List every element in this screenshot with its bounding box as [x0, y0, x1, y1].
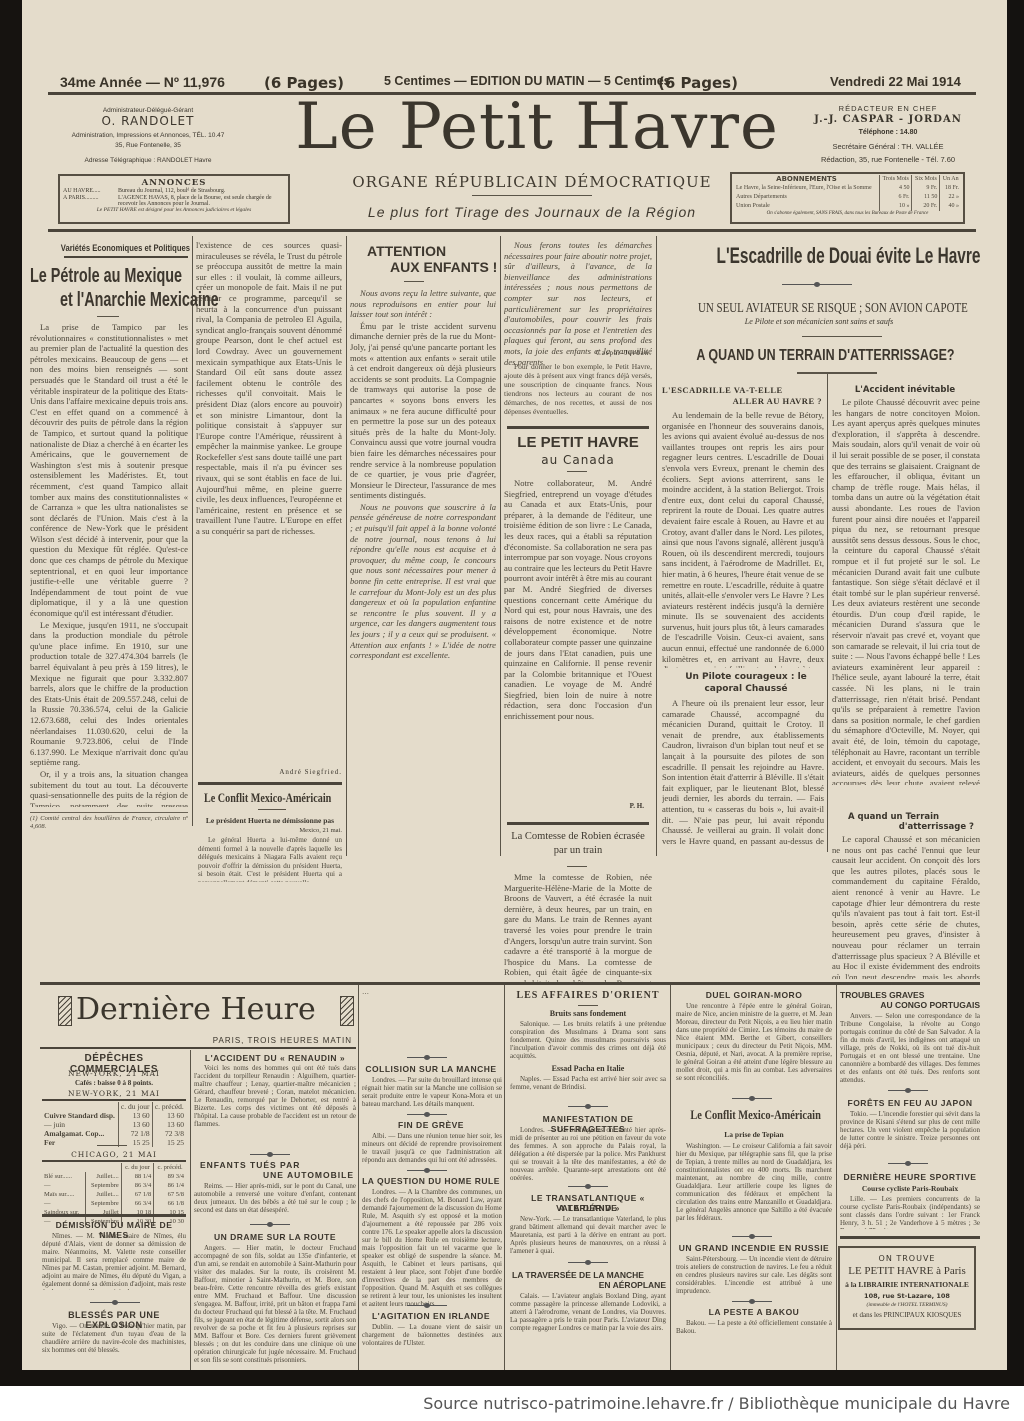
value: 67 1/8: [121, 1190, 153, 1199]
ornament-divider: [407, 1057, 447, 1058]
escadrille-sub-4a: A quand un Terrain: [848, 812, 939, 822]
value: 66 3/4: [121, 1199, 153, 1208]
orient-body-2: Naples. — Essad Pacha est arrivé hier so…: [510, 1075, 666, 1093]
admin-name: O. RANDOLET: [58, 114, 238, 128]
escadrille-body-2: A l'heure où ils prenaient leur essor, l…: [662, 698, 824, 848]
ny-table: c. du jourc. précéd. Cuivre Standard dis…: [42, 1102, 186, 1147]
title-rule: [258, 809, 286, 810]
value: 72 1/8: [118, 1129, 152, 1138]
escadrille-body-3: Le pilote Chaussé découvrit avec peine l…: [832, 397, 980, 785]
issue-number: 34me Année — Nº 11,976: [60, 74, 225, 90]
price-edition: 5 Centimes — EDITION DU MATIN — 5 Centim…: [384, 74, 671, 88]
paragraph: Le caporal Chaussé et son mécanicien ne …: [832, 834, 980, 979]
conflit-2-body: Washington. — Le croiseur California a f…: [676, 1142, 832, 1228]
abonnement-row: Autres Départements 6 Fr. 11 50 22 »: [734, 193, 961, 202]
irlande-body: Dublin. — La douane vient de saisir un c…: [362, 1323, 502, 1351]
table-rule: [42, 1160, 186, 1162]
advert-line-1: ON TROUVE: [840, 1254, 974, 1263]
ornament-divider: [407, 1114, 447, 1115]
col-header: c. précéd.: [154, 1163, 186, 1172]
redaction-address: Rédaction, 35, rue Fontenelle - Tél. 7.6…: [798, 155, 978, 165]
price: 6 Fr.: [879, 193, 912, 202]
annonces-box: ANNONCES AU HAVRE..... Bureau du Journal…: [58, 174, 290, 224]
paragraph: Nîmes. — M. Valette, maire de Nîmes, élu…: [42, 1232, 186, 1290]
redaction-phone: Téléphone : 14.80: [808, 128, 968, 138]
newspaper-subtitle: ORGANE RÉPUBLICAIN DÉMOCRATIQUE: [342, 173, 722, 191]
paragraph: Vigo. — On mande de Pola qu'hier matin, …: [42, 1322, 186, 1354]
value: 89 3/4: [154, 1172, 186, 1181]
greve-title: FIN DE GRÈVE: [360, 1120, 502, 1130]
table-row: —Septembre66 3/466 1/8: [42, 1199, 186, 1208]
collision-title: COLLISION SUR LA MANCHE: [360, 1064, 502, 1074]
title-rule: [578, 1005, 598, 1006]
paragraph: Saint-Pétersbourg. — Un incendie vient d…: [676, 1255, 832, 1295]
price: 18 Fr.: [940, 184, 961, 193]
redaction-name: J.-J. CASPAR - JORDAN: [798, 114, 978, 125]
column-divider: [358, 985, 359, 1370]
value: 72 3/8: [152, 1129, 186, 1138]
congo-body: Anvers. — Selon une correspondance de la…: [840, 1012, 980, 1084]
enfants-title-2: UNE AUTOMOBILE: [194, 1170, 354, 1180]
ornament-divider: [90, 1302, 140, 1303]
title-rule: [97, 316, 119, 317]
paragraph: Notre collaborateur, M. André Siegfried,…: [504, 478, 652, 722]
escadrille-title: L'Escadrille de Douai évite Le Havre: [717, 243, 981, 269]
home-rule-title: LA QUESTION DU HOME RULE: [360, 1176, 502, 1186]
paragraph: Mme la comtesse de Robien, née Marguerit…: [504, 872, 652, 982]
paragraph: Londres. — Les suffragettes ont tenté hi…: [510, 1126, 666, 1180]
drame-body: Angers. — Hier matin, le docteur Fruchau…: [194, 1244, 356, 1366]
title-rule: [404, 281, 424, 282]
dernier-heure-rule: [40, 982, 980, 985]
column-divider: [192, 236, 193, 826]
paragraph: Au lendemain de la belle revue de Bétory…: [662, 410, 824, 668]
conflit-2-title-wrap: Le Conflit Mexico-Américain: [674, 1104, 834, 1123]
section-rule: [40, 1047, 356, 1049]
column-divider: [836, 985, 837, 1370]
row-label: Le Havre, la Seine-Inférieure, l'Eure, l…: [734, 184, 879, 193]
escadrille-sub-2: Un Pilote courageux : le caporal Chaussé: [666, 671, 826, 695]
traversee-title-1: LA TRAVERSÉE DE LA MANCHE: [512, 1270, 644, 1280]
paragraph: Angers. — Hier matin, le docteur Fruchau…: [194, 1244, 356, 1364]
admin-line2: 35, Rue Fontenelle, 35: [58, 141, 238, 151]
attention-italic-cont: Nous ferons toutes les démarches nécessa…: [504, 240, 652, 366]
value: 88 1/4: [121, 1172, 153, 1181]
paragraph: A l'heure où ils prenaient leur essor, l…: [662, 698, 824, 848]
column-divider: [190, 1050, 191, 1370]
section-rule: [840, 1236, 980, 1239]
ornament-divider: [407, 1170, 447, 1171]
peste-body: Bakou. — La peste a été officiellement c…: [676, 1319, 832, 1337]
paragraph: l'existence de ces sources quasi-miracul…: [196, 240, 342, 537]
paragraph: Pour donner le bon exemple, le Petit Hav…: [504, 362, 652, 416]
japon-body: Tokio. — L'incendie forestier qui sévit …: [840, 1110, 980, 1158]
title-rule: [567, 866, 587, 867]
table-row: Blé sur......Juillet....88 1/489 3/4: [42, 1172, 186, 1181]
price: 20 Fr.: [912, 202, 940, 211]
masthead-bottom-rule: [48, 229, 976, 232]
admin-line1: Administration, Impressions et Annonces,…: [58, 131, 238, 141]
paragraph: Ému par le triste accident survenu diman…: [350, 321, 496, 501]
escadrille-sub-1b: ALLER AU HAVRE ?: [722, 396, 822, 406]
petrole-title-1: Le Pétrole au Mexique: [30, 265, 182, 288]
escadrille-body-1: Au lendemain de la belle revue de Bétory…: [662, 410, 824, 668]
row-label: — juin: [42, 1120, 118, 1129]
advert-box: ON TROUVE LE PETIT HAVRE à Paris à la LI…: [838, 1246, 976, 1330]
ornament-divider: [732, 1236, 772, 1237]
ornament-divider: [782, 284, 852, 285]
col-header: c. du jour: [121, 1163, 153, 1172]
ornament-divider: [250, 1224, 290, 1225]
petrole-body: La prise de Tampico par les révolutionna…: [30, 322, 188, 807]
annonces-havre-text: Bureau du Journal, 112, boulᵈ de Strasbo…: [118, 188, 285, 195]
ny-header-1: NEW-YORK, 21 MAI: [40, 1069, 188, 1078]
col-header: c. précéd.: [152, 1102, 186, 1111]
petrole-signature: André Siegfried.: [196, 768, 342, 776]
paragraph: Dublin. — La douane vient de saisir un c…: [362, 1323, 502, 1347]
paragraph: La prise de Tampico par les révolutionna…: [30, 322, 188, 619]
advert-line-6: et dans les PRINCIPAUX KIOSQUES: [840, 1311, 974, 1319]
paragraph: New-York. — Le transatlantique Vaterland…: [510, 1215, 666, 1255]
vaterland-body: New-York. — Le transatlantique Vaterland…: [510, 1215, 666, 1255]
derniere-heure-subtitle: PARIS, TROIS HEURES MATIN: [142, 1036, 352, 1045]
annonces-title: ANNONCES: [60, 178, 288, 188]
abonnements-box: ABONNEMENTS Trois Mois Six Mois Un An Le…: [730, 172, 965, 224]
paragraph: Anvers. — Selon une correspondance de la…: [840, 1012, 980, 1084]
row-label: Cuivre Standard disp.: [42, 1111, 118, 1120]
deck-rule: [797, 372, 877, 374]
paragraph: …: [362, 988, 502, 996]
value: 13 60: [118, 1111, 152, 1120]
section-rule: [507, 426, 649, 429]
vaterland-title-2: A LA DÉRIVE: [508, 1203, 668, 1213]
escadrille-deck-sub: Le Pilote et son mécanicien sont sains e…: [660, 317, 978, 326]
paragraph: Nous ne pouvons que souscrire à la pensé…: [350, 502, 496, 661]
chicago-header: CHICAGO, 21 MAI: [40, 1150, 188, 1159]
petrole-title-2: et l'Anarchie Mexicaine: [60, 289, 219, 312]
orient-body-1: Salonique. — Les bruits relatifs à une p…: [510, 1020, 666, 1064]
newspaper-tagline: Le plus fort Tirage des Journaux de la R…: [322, 204, 742, 220]
kicker-rule: [64, 256, 188, 258]
row-label: Maïs sur.....: [42, 1190, 86, 1199]
price: 9 Fr.: [912, 184, 940, 193]
subtitle-rule: [472, 195, 592, 196]
value: 13 60: [152, 1111, 186, 1120]
paragraph: Le Mexique, jusqu'en 1911, ne s'occupait…: [30, 620, 188, 768]
table-row: — juin13 6013 60: [42, 1120, 186, 1129]
bell-icon: [340, 996, 354, 1026]
paragraph: Or, il y a trois ans, la situation chang…: [30, 769, 188, 807]
abonnement-row: Union Postale 10 » 20 Fr. 40 »: [734, 202, 961, 211]
row-label: —: [42, 1199, 86, 1208]
escadrille-deck-2: A QUAND UN TERRAIN D'ATTERRISSAGE?: [696, 347, 954, 365]
abonnement-row: Le Havre, la Seine-Inférieure, l'Eure, l…: [734, 184, 961, 193]
value: 13 60: [118, 1120, 152, 1129]
price: 4 50: [879, 184, 912, 193]
row-label: —: [42, 1181, 86, 1190]
cafes-line: Cafés : baisse 0 à 8 points.: [40, 1079, 188, 1087]
conflit-1-subtitle: Le président Huerta ne démissionne pas: [198, 816, 342, 825]
price: 11 50: [912, 193, 940, 202]
ornament-divider: [568, 1106, 608, 1107]
col-header: Six Mois: [912, 175, 940, 184]
renaudin-body: Voici les noms des hommes qui ont été tu…: [194, 1064, 356, 1152]
row-label: Autres Départements: [734, 193, 879, 202]
column-divider: [656, 236, 657, 856]
paragraph: Nous ferons toutes les démarches nécessa…: [504, 240, 652, 366]
advert-line-2: LE PETIT HAVRE à Paris: [840, 1265, 974, 1277]
paragraph: Naples. — Essad Pacha est arrivé hier so…: [510, 1075, 666, 1091]
attention-signature: Caspar-Jordan.: [504, 349, 652, 357]
table-row: Maïs sur.....Juillet....67 1/867 5/8: [42, 1190, 186, 1199]
bell-icon: [58, 996, 72, 1026]
drame-title: UN DRAME SUR LA ROUTE: [194, 1232, 356, 1242]
traversee-title-2: EN AÉROPLANE: [508, 1280, 666, 1290]
escadrille-sub-1a: L'ESCADRILLE VA-T-ELLE: [662, 385, 783, 395]
ornament-divider: [250, 1154, 290, 1155]
abonnements-table: ABONNEMENTS Trois Mois Six Mois Un An Le…: [734, 175, 961, 211]
greve-body: Albi. — Dans une réunion tenue hier soir…: [362, 1132, 502, 1166]
scan-edge-bottom: [0, 1370, 1024, 1386]
column-divider: [500, 236, 501, 856]
column-divider: [504, 985, 505, 1370]
paragraph: Bakou. — La peste a été officiellement c…: [676, 1319, 832, 1335]
congo-title-2: AU CONGO PORTUGAIS: [840, 1000, 980, 1010]
attention-title-1: ATTENTION: [367, 243, 446, 259]
section-rule: [42, 1214, 186, 1217]
col-header: c. du jour: [118, 1102, 152, 1111]
month: Septembre: [86, 1181, 122, 1190]
table-rule: [97, 1145, 127, 1146]
attention-title-2: AUX ENFANTS !: [390, 259, 497, 275]
petrole-continuation: l'existence de ces sources quasi-miracul…: [196, 240, 342, 760]
paragraph: Londres. — A la Chambre des communes, un…: [362, 1188, 502, 1306]
value: 86 3/4: [121, 1181, 153, 1190]
paragraph: Calais. — L'aviateur anglais Boxland Din…: [510, 1292, 666, 1332]
enfants-title-1: ENFANTS TUÉS PAR: [200, 1160, 300, 1170]
duel-body: Une rencontre à l'épée entre le général …: [676, 1002, 832, 1086]
sportive-subtitle: Course cycliste Paris-Roubaix: [840, 1184, 980, 1193]
value: 66 1/8: [154, 1199, 186, 1208]
paragraph: Le général Huerta a lui-même donné un dé…: [198, 836, 342, 882]
redaction-role: RÉDACTEUR EN CHEF: [808, 104, 968, 114]
paragraph: Tokio. — L'incendie forestier qui sévit …: [840, 1110, 980, 1150]
section-rule: [198, 782, 342, 785]
petrole-footnote: (1) Comité central des houillères de Fra…: [30, 812, 188, 832]
paragraph: Voici les noms des hommes qui ont été tu…: [194, 1064, 356, 1128]
drame-continued: …: [362, 988, 502, 1038]
row-label: Blé sur......: [42, 1172, 86, 1181]
escadrille-deck: UN SEUL AVIATEUR SE RISQUE ; SON AVION C…: [698, 301, 968, 317]
newspaper-title: Le Petit Havre: [277, 92, 797, 162]
row-label: Union Postale: [734, 202, 879, 211]
issue-date: Vendredi 22 Mai 1914: [830, 74, 961, 89]
redaction-secretary: Secrétaire Général : TH. VALLÉE: [808, 142, 968, 152]
value: 15 25: [152, 1138, 186, 1147]
paragraph: Reims. — Hier après-midi, sur le pont du…: [194, 1182, 356, 1214]
conflit-1-dateline: Mexico, 21 mai.: [198, 827, 342, 834]
conflit-2-title: Le Conflit Mexico-Américain: [690, 1107, 821, 1123]
paragraph: Londres. — Par suite du brouillard inten…: [362, 1076, 502, 1108]
canada-body: Notre collaborateur, M. André Siegfried,…: [504, 478, 652, 798]
attention-body: Nous avons reçu la lettre suivante, que …: [350, 288, 496, 828]
traversee-body: Calais. — L'aviateur anglais Boxland Din…: [510, 1292, 666, 1342]
orient-sub-1: Bruits sans fondement: [508, 1009, 668, 1018]
japon-title: FORÊTS EN FEU AU JAPON: [840, 1098, 980, 1108]
value: 13 60: [152, 1120, 186, 1129]
price: 10 »: [879, 202, 912, 211]
row-label: Amalgamat. Cop...: [42, 1129, 118, 1138]
collision-body: Londres. — Par suite du brouillard inten…: [362, 1076, 502, 1112]
home-rule-body: Londres. — A la Chambre des communes, un…: [362, 1188, 502, 1306]
attention-note: Pour donner le bon exemple, le Petit Hav…: [504, 362, 652, 422]
admin-telegraph: Adresse Télégraphique : RANDOLET Havre: [58, 156, 238, 166]
deck-rule: [802, 336, 882, 337]
petrole-kicker: Variétés Economiques et Politiques: [59, 243, 190, 253]
escadrille-deck-2-wrap: A QUAND UN TERRAIN D'ATTERRISSAGE?: [660, 345, 978, 365]
escadrille-title-wrap: L'Escadrille de Douai évite Le Havre: [660, 243, 978, 269]
table-rule: [42, 1099, 186, 1101]
orient-title: LES AFFAIRES D'ORIENT: [508, 990, 668, 1001]
price: 22 »: [940, 193, 961, 202]
orient-sub-2: Essad Pacha en Italie: [508, 1064, 668, 1073]
advert-line-3: à la LIBRAIRIE INTERNATIONALE: [840, 1280, 974, 1289]
irlande-title: L'AGITATION EN IRLANDE: [360, 1311, 502, 1321]
col-header: Un An: [940, 175, 961, 184]
ornament-divider: [568, 1186, 608, 1187]
annonces-havre-label: AU HAVRE.....: [63, 188, 118, 195]
explosion-body: Vigo. — On mande de Pola qu'hier matin, …: [42, 1322, 186, 1362]
month: Septembre: [86, 1199, 122, 1208]
title-rule: [567, 471, 587, 472]
canada-title-1: LE PETIT HAVRE: [504, 434, 652, 451]
price: 40 »: [940, 202, 961, 211]
value: 67 5/8: [154, 1190, 186, 1199]
abonnements-note: On s'abonne également, SANS FRAIS, dans …: [734, 211, 961, 216]
duel-title: DUEL GOIRAN-MORO: [674, 990, 834, 1000]
annonces-note: Le PETIT HAVRE est désigné pour les Anno…: [60, 207, 288, 214]
incendie-title: UN GRAND INCENDIE EN RUSSIE: [674, 1243, 834, 1253]
paragraph: Une rencontre à l'épée entre le général …: [676, 1002, 832, 1082]
value: 86 1/4: [154, 1181, 186, 1190]
section-rule: [507, 822, 649, 825]
paragraph: Le pilote Chaussé découvrit avec peine l…: [832, 397, 980, 785]
table-row: Cuivre Standard disp.13 6013 60: [42, 1111, 186, 1120]
column-divider: [670, 985, 671, 1370]
enfants-body: Reims. — Hier après-midi, sur le pont du…: [194, 1182, 356, 1216]
paragraph: Salonique. — Les bruits relatifs à une p…: [510, 1020, 666, 1060]
renaudin-title: L'ACCIDENT DU « RENAUDIN »: [194, 1053, 356, 1063]
ornament-divider: [732, 1098, 772, 1099]
abonnements-title: ABONNEMENTS: [734, 175, 879, 184]
source-credit: Source nutrisco-patrimoine.lehavre.fr / …: [0, 1386, 1024, 1421]
newspaper-page: 34me Année — Nº 11,976 (6 Pages) 5 Centi…: [22, 0, 1007, 1385]
conflit-2-subtitle: La prise de Tepian: [674, 1130, 834, 1139]
escadrille-body-4: Le caporal Chaussé et son mécanicien ne …: [832, 834, 980, 979]
peste-title: LA PESTE A BAKOU: [674, 1307, 834, 1317]
month: Juillet....: [86, 1172, 122, 1181]
advert-line-5: (immeuble de l'HOTEL TERMINUS): [840, 1302, 974, 1308]
table-row: —Septembre86 3/486 1/4: [42, 1181, 186, 1190]
sportive-title: DERNIÈRE HEURE SPORTIVE: [840, 1172, 980, 1182]
annonces-paris-label: A PARIS.........: [63, 195, 118, 207]
nimes-body: Nîmes. — M. Valette, maire de Nîmes, élu…: [42, 1232, 186, 1290]
congo-title-1: TROUBLES GRAVES: [840, 990, 924, 1000]
ornament-divider: [407, 1305, 447, 1306]
escadrille-sub-4b: d'atterrissage ?: [832, 822, 974, 832]
column-divider: [346, 236, 347, 856]
paragraph: Nous avons reçu la lettre suivante, que …: [350, 288, 496, 320]
scan-edge-left: [0, 0, 22, 1385]
escadrille-sub-3: L'Accident inévitable: [830, 385, 980, 395]
ornament-divider: [888, 1090, 928, 1091]
sportive-body: Lille. — Les premiers concurrents de la …: [840, 1195, 980, 1229]
table-row: Amalgamat. Cop...72 1/872 3/8: [42, 1129, 186, 1138]
suffragettes-body: Londres. — Les suffragettes ont tenté hi…: [510, 1126, 666, 1180]
ornament-divider: [732, 1301, 772, 1302]
canada-title-2: au Canada: [504, 453, 652, 467]
annonces-paris-text: L'AGENCE HAVAS, 8, place de la Bourse, e…: [118, 195, 285, 207]
derniere-heure-title: Dernière Heure: [76, 992, 316, 1028]
canada-signature: P. H.: [504, 802, 644, 810]
conflit-1-body: Le général Huerta a lui-même donné un dé…: [198, 836, 342, 882]
paragraph: Lille. — Les premiers concurrents de la …: [840, 1195, 980, 1229]
col-header: Trois Mois: [879, 175, 912, 184]
ornament-divider: [568, 1262, 608, 1263]
paragraph: Washington. — Le croiseur California a f…: [676, 1142, 832, 1222]
ornament-divider: [888, 1163, 928, 1164]
incendie-body: Saint-Pétersbourg. — Un incendie vient d…: [676, 1255, 832, 1295]
advert-line-4: 108, rue St-Lazare, 108: [840, 1292, 974, 1300]
column-divider: [827, 372, 828, 852]
paragraph: Albi. — Dans une réunion tenue hier soir…: [362, 1132, 502, 1164]
ny-header-2: NEW-YORK, 21 MAI: [40, 1089, 188, 1098]
conflit-1-title: Le Conflit Mexico-Américain: [204, 790, 331, 806]
month: Juillet....: [86, 1190, 122, 1199]
escadrille-deck-wrap: UN SEUL AVIATEUR SE RISQUE ; SON AVION C…: [660, 297, 978, 317]
robien-body: Mme la comtesse de Robien, née Marguerit…: [504, 872, 652, 982]
robien-title: La Comtesse de Robien écrasée par un tra…: [504, 830, 652, 858]
